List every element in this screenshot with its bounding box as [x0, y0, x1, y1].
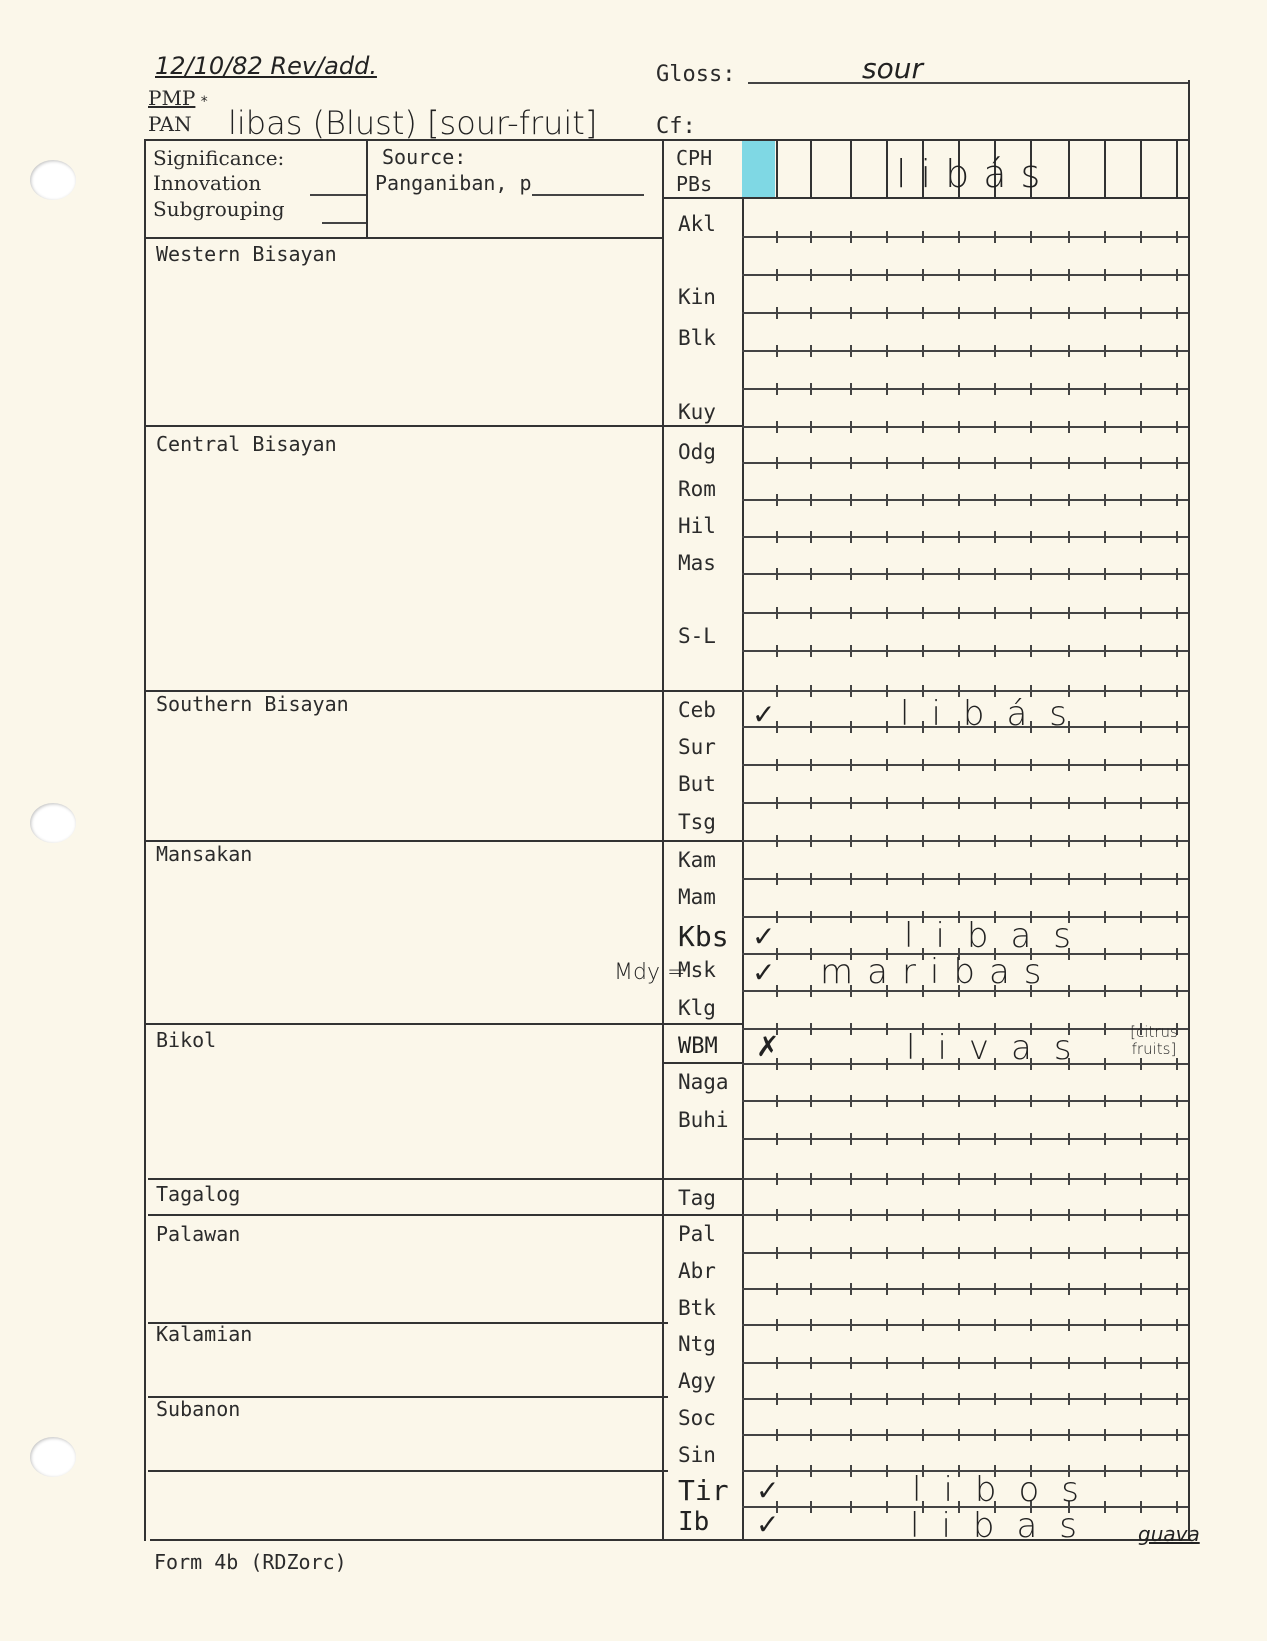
tick-mark	[1104, 759, 1106, 771]
tick-mark	[850, 383, 852, 395]
tick-mark	[1176, 383, 1178, 395]
ruled-line	[742, 1398, 1188, 1400]
tick-mark	[1030, 383, 1032, 395]
tick-mark	[776, 568, 778, 580]
tick-mark	[1176, 985, 1178, 997]
tick-mark	[922, 1095, 924, 1107]
tick-mark	[886, 421, 888, 433]
tick-mark	[810, 1465, 812, 1477]
lang-btk: Btk	[678, 1296, 716, 1320]
tick-mark	[1176, 1247, 1178, 1259]
tick-mark	[886, 1209, 888, 1221]
tick-mark	[1140, 1133, 1142, 1145]
lang-rom: Rom	[678, 477, 716, 501]
tick-mark	[850, 345, 852, 357]
tick-mark	[958, 1133, 960, 1145]
tick-mark	[1030, 307, 1032, 319]
tick-mark	[1068, 797, 1070, 809]
group-southern-bisayan: Southern Bisayan	[156, 692, 349, 716]
tick-mark	[1176, 911, 1178, 923]
tick-mark	[776, 645, 778, 657]
cph-cell-divider	[1176, 141, 1178, 197]
tick-mark	[1104, 269, 1106, 281]
tick-mark	[1104, 421, 1106, 433]
ruled-line	[742, 499, 1188, 501]
tick-mark	[776, 721, 778, 733]
tick-mark	[1176, 759, 1178, 771]
tick-mark	[776, 685, 778, 697]
tick-mark	[1104, 1319, 1106, 1331]
tick-mark	[810, 1209, 812, 1221]
tick-mark	[886, 759, 888, 771]
cph-form: libás	[896, 152, 1054, 196]
tick-mark	[850, 494, 852, 506]
lang-blk: Blk	[678, 326, 716, 350]
tick-mark	[810, 494, 812, 506]
tick-mark	[776, 1283, 778, 1295]
tick-mark	[1104, 685, 1106, 697]
group-subanon: Subanon	[156, 1397, 240, 1421]
tick-mark	[850, 835, 852, 847]
tick-mark	[1176, 421, 1178, 433]
group-divider	[144, 840, 742, 842]
tick-mark	[994, 231, 996, 243]
tick-mark	[850, 1173, 852, 1185]
tick-mark	[958, 231, 960, 243]
binder-hole	[30, 1437, 76, 1477]
tick-mark	[958, 457, 960, 469]
tick-mark	[1176, 1058, 1178, 1070]
tick-mark	[1176, 345, 1178, 357]
tir-form: libos	[912, 1470, 1101, 1510]
tick-mark	[1030, 1095, 1032, 1107]
tick-mark	[958, 607, 960, 619]
tick-mark	[810, 1357, 812, 1369]
ib-check-icon: ✓	[756, 1508, 779, 1541]
tick-mark	[1068, 345, 1070, 357]
subgrouping-blank[interactable]	[322, 222, 366, 224]
tick-mark	[1068, 1095, 1070, 1107]
lang-mas: Mas	[678, 551, 716, 575]
ruled-line	[742, 388, 1188, 390]
tick-mark	[810, 307, 812, 319]
tick-mark	[886, 1247, 888, 1259]
tick-mark	[850, 1209, 852, 1221]
tick-mark	[1030, 1319, 1032, 1331]
code-column-right	[742, 139, 744, 1539]
tick-mark	[994, 759, 996, 771]
tick-mark	[850, 531, 852, 543]
tick-mark	[886, 1319, 888, 1331]
tick-mark	[1176, 1357, 1178, 1369]
tick-mark	[886, 1023, 888, 1035]
tick-mark	[958, 1095, 960, 1107]
source-page-blank[interactable]	[532, 194, 644, 196]
tick-mark	[810, 1173, 812, 1185]
cph-cell-divider	[1104, 141, 1106, 197]
tick-mark	[850, 1465, 852, 1477]
tick-mark	[1030, 457, 1032, 469]
ruled-line	[742, 840, 1188, 842]
source-value: Panganiban, p	[375, 171, 532, 195]
tick-mark	[1068, 1357, 1070, 1369]
cph-label: CPH	[676, 146, 712, 170]
group-divider	[148, 1396, 668, 1398]
tick-mark	[1176, 797, 1178, 809]
tick-mark	[1140, 1501, 1142, 1513]
group-kalamian: Kalamian	[156, 1322, 252, 1346]
tick-mark	[1140, 1357, 1142, 1369]
tick-mark	[776, 307, 778, 319]
tick-mark	[886, 607, 888, 619]
tick-mark	[922, 873, 924, 885]
tick-mark	[922, 457, 924, 469]
tick-mark	[958, 1247, 960, 1259]
tick-mark	[1030, 1173, 1032, 1185]
tick-mark	[810, 1058, 812, 1070]
tick-mark	[1104, 797, 1106, 809]
tick-mark	[958, 494, 960, 506]
tick-mark	[1104, 1429, 1106, 1441]
tick-mark	[1030, 607, 1032, 619]
tick-mark	[810, 607, 812, 619]
tick-mark	[1068, 1247, 1070, 1259]
tick-mark	[810, 1095, 812, 1107]
tick-mark	[886, 345, 888, 357]
tick-mark	[1140, 568, 1142, 580]
cph-cell-divider	[1140, 141, 1142, 197]
tick-mark	[886, 568, 888, 580]
tick-mark	[850, 1429, 852, 1441]
frame-top	[144, 139, 1190, 141]
tick-mark	[922, 645, 924, 657]
tick-mark	[1068, 759, 1070, 771]
tick-mark	[850, 1133, 852, 1145]
tick-mark	[1176, 531, 1178, 543]
ruled-line	[742, 274, 1188, 276]
tick-mark	[1140, 494, 1142, 506]
tick-mark	[1030, 759, 1032, 771]
tick-mark	[1176, 607, 1178, 619]
tick-mark	[922, 421, 924, 433]
tick-mark	[1068, 383, 1070, 395]
tick-mark	[1104, 1393, 1106, 1405]
tick-mark	[994, 1393, 996, 1405]
tick-mark	[1030, 835, 1032, 847]
tick-mark	[776, 985, 778, 997]
tick-mark	[1176, 568, 1178, 580]
tick-mark	[1140, 835, 1142, 847]
tick-mark	[776, 269, 778, 281]
tick-mark	[1030, 1429, 1032, 1441]
tick-mark	[1068, 568, 1070, 580]
tick-mark	[922, 269, 924, 281]
tick-mark	[1140, 1465, 1142, 1477]
innovation-blank[interactable]	[310, 194, 366, 196]
tick-mark	[1176, 835, 1178, 847]
tick-mark	[810, 568, 812, 580]
tick-mark	[922, 1283, 924, 1295]
subgrouping-label: Subgrouping	[153, 197, 285, 221]
tick-mark	[886, 383, 888, 395]
tick-mark	[1140, 383, 1142, 395]
tick-mark	[994, 531, 996, 543]
tick-mark	[810, 269, 812, 281]
tick-mark	[776, 1319, 778, 1331]
tick-mark	[886, 685, 888, 697]
tick-mark	[958, 759, 960, 771]
tick-mark	[1068, 873, 1070, 885]
tick-mark	[1140, 1429, 1142, 1441]
tick-mark	[1140, 873, 1142, 885]
tick-mark	[1030, 1283, 1032, 1295]
tick-mark	[1176, 1173, 1178, 1185]
binder-hole	[30, 803, 76, 843]
wbm-form: livas	[906, 1028, 1094, 1068]
lang-soc: Soc	[678, 1406, 716, 1430]
code-column-left	[662, 139, 664, 1539]
tick-mark	[810, 345, 812, 357]
lang-kin: Kin	[678, 285, 716, 309]
tick-mark	[1176, 1133, 1178, 1145]
tick-mark	[886, 1173, 888, 1185]
significance-title: Significance:	[153, 146, 284, 170]
tick-mark	[810, 231, 812, 243]
tick-mark	[1176, 645, 1178, 657]
tick-mark	[994, 1429, 996, 1441]
ruled-line	[742, 573, 1188, 575]
cph-highlight	[742, 141, 775, 198]
tick-mark	[886, 835, 888, 847]
ruled-line	[742, 426, 1188, 428]
lang-kuy: Kuy	[678, 400, 716, 424]
tick-mark	[886, 1465, 888, 1477]
ruled-line	[742, 350, 1188, 352]
tick-mark	[994, 1173, 996, 1185]
tick-mark	[922, 1429, 924, 1441]
wbm-underline	[664, 1062, 744, 1064]
tick-mark	[922, 307, 924, 319]
tick-mark	[810, 797, 812, 809]
group-bikol: Bikol	[156, 1028, 216, 1052]
lang-klg: Klg	[678, 996, 716, 1020]
lang-sur: Sur	[678, 735, 716, 759]
tick-mark	[1104, 835, 1106, 847]
tick-mark	[1176, 1393, 1178, 1405]
tick-mark	[1030, 345, 1032, 357]
tick-mark	[1176, 1501, 1178, 1513]
innovation-label: Innovation	[153, 171, 261, 195]
tick-mark	[1068, 607, 1070, 619]
tick-mark	[958, 1429, 960, 1441]
tick-mark	[810, 759, 812, 771]
tick-mark	[810, 645, 812, 657]
tick-mark	[776, 345, 778, 357]
tick-mark	[776, 1247, 778, 1259]
frame-right	[1188, 80, 1190, 1540]
tick-mark	[776, 1095, 778, 1107]
tick-mark	[810, 1283, 812, 1295]
source-label: Source:	[382, 145, 466, 169]
ruled-line	[742, 312, 1188, 314]
binder-hole	[30, 160, 76, 200]
tick-mark	[1176, 873, 1178, 885]
cph-cell-divider	[810, 141, 812, 197]
tick-mark	[1140, 1095, 1142, 1107]
tick-mark	[886, 797, 888, 809]
tick-mark	[1176, 1209, 1178, 1221]
msk-form: maribas	[820, 952, 1056, 992]
tick-mark	[776, 835, 778, 847]
tick-mark	[922, 531, 924, 543]
tick-mark	[886, 1429, 888, 1441]
lang-tsg: Tsg	[678, 810, 716, 834]
ruled-line	[742, 878, 1188, 880]
tick-mark	[1104, 911, 1106, 923]
tick-mark	[886, 1393, 888, 1405]
tick-mark	[776, 797, 778, 809]
tick-mark	[994, 797, 996, 809]
pan-label: PAN	[148, 112, 192, 136]
tick-mark	[850, 568, 852, 580]
lang-tir: Tir	[678, 1474, 729, 1507]
tick-mark	[850, 607, 852, 619]
ruled-line	[742, 462, 1188, 464]
tick-mark	[958, 873, 960, 885]
ceb-form: libás	[900, 694, 1089, 734]
tick-mark	[886, 457, 888, 469]
tick-mark	[958, 269, 960, 281]
tick-mark	[1104, 231, 1106, 243]
tick-mark	[1104, 1058, 1106, 1070]
group-divider	[148, 1214, 742, 1216]
tick-mark	[1068, 835, 1070, 847]
tick-mark	[850, 1247, 852, 1259]
lang-abr: Abr	[678, 1259, 716, 1283]
tick-mark	[958, 645, 960, 657]
tick-mark	[958, 345, 960, 357]
tick-mark	[1140, 607, 1142, 619]
tick-mark	[958, 1357, 960, 1369]
lang-sin: Sin	[678, 1443, 716, 1467]
tick-mark	[1140, 797, 1142, 809]
tick-mark	[776, 383, 778, 395]
tick-mark	[886, 645, 888, 657]
ruled-line	[742, 1138, 1188, 1140]
tick-mark	[958, 1319, 960, 1331]
tick-mark	[810, 1247, 812, 1259]
lang-ib: Ib	[678, 1507, 709, 1537]
lang-kbs: Kbs	[678, 920, 729, 953]
tick-mark	[994, 1133, 996, 1145]
tick-mark	[886, 1133, 888, 1145]
group-divider	[144, 690, 742, 692]
tick-mark	[1068, 1319, 1070, 1331]
tick-mark	[1104, 1283, 1106, 1295]
tick-mark	[958, 421, 960, 433]
tick-mark	[850, 269, 852, 281]
lang-odg: Odg	[678, 440, 716, 464]
tick-mark	[1104, 1209, 1106, 1221]
tick-mark	[1176, 231, 1178, 243]
group-divider	[148, 1178, 742, 1180]
tick-mark	[776, 531, 778, 543]
tick-mark	[1140, 1209, 1142, 1221]
tick-mark	[1030, 1357, 1032, 1369]
tick-mark	[1068, 231, 1070, 243]
msk-note: Mdy =	[614, 960, 685, 985]
date-note: 12/10/82 Rev/add.	[155, 52, 377, 80]
tick-mark	[886, 1058, 888, 1070]
tick-mark	[1104, 645, 1106, 657]
tick-mark	[1068, 985, 1070, 997]
tick-mark	[850, 685, 852, 697]
tick-mark	[1176, 269, 1178, 281]
tick-mark	[850, 721, 852, 733]
ruled-line	[742, 612, 1188, 614]
tick-mark	[886, 269, 888, 281]
tick-mark	[1104, 568, 1106, 580]
tick-mark	[1068, 645, 1070, 657]
tick-mark	[776, 948, 778, 960]
tick-mark	[810, 457, 812, 469]
tick-mark	[886, 531, 888, 543]
tick-mark	[850, 421, 852, 433]
tick-mark	[776, 607, 778, 619]
tick-mark	[1104, 383, 1106, 395]
tick-mark	[1140, 1058, 1142, 1070]
tick-mark	[850, 645, 852, 657]
tick-mark	[922, 1319, 924, 1331]
tick-mark	[886, 231, 888, 243]
tick-mark	[958, 531, 960, 543]
tick-mark	[850, 231, 852, 243]
msk-check-icon: ✓	[752, 956, 775, 989]
tick-mark	[1140, 421, 1142, 433]
ruled-line	[742, 690, 1188, 692]
ruled-line	[742, 1100, 1188, 1102]
tick-mark	[994, 345, 996, 357]
tick-mark	[994, 568, 996, 580]
tick-mark	[1176, 307, 1178, 319]
gloss-label: Gloss:	[656, 62, 735, 87]
tick-mark	[958, 1393, 960, 1405]
tick-mark	[1030, 568, 1032, 580]
tick-mark	[1176, 1429, 1178, 1441]
tick-mark	[810, 911, 812, 923]
tick-mark	[810, 383, 812, 395]
tick-mark	[1104, 457, 1106, 469]
tick-mark	[776, 421, 778, 433]
tick-mark	[1030, 231, 1032, 243]
tick-mark	[850, 1058, 852, 1070]
tick-mark	[1068, 269, 1070, 281]
tick-mark	[1176, 948, 1178, 960]
group-divider	[144, 425, 742, 427]
tick-mark	[850, 457, 852, 469]
tick-mark	[1176, 1095, 1178, 1107]
tick-mark	[850, 307, 852, 319]
pbs-label: PBs	[676, 172, 712, 196]
kbs-check-icon: ✓	[752, 920, 775, 953]
tick-mark	[850, 911, 852, 923]
tick-mark	[810, 1501, 812, 1513]
group-palawan: Palawan	[156, 1222, 240, 1246]
tick-mark	[922, 383, 924, 395]
tick-mark	[886, 307, 888, 319]
tick-mark	[776, 1133, 778, 1145]
tick-mark	[958, 307, 960, 319]
